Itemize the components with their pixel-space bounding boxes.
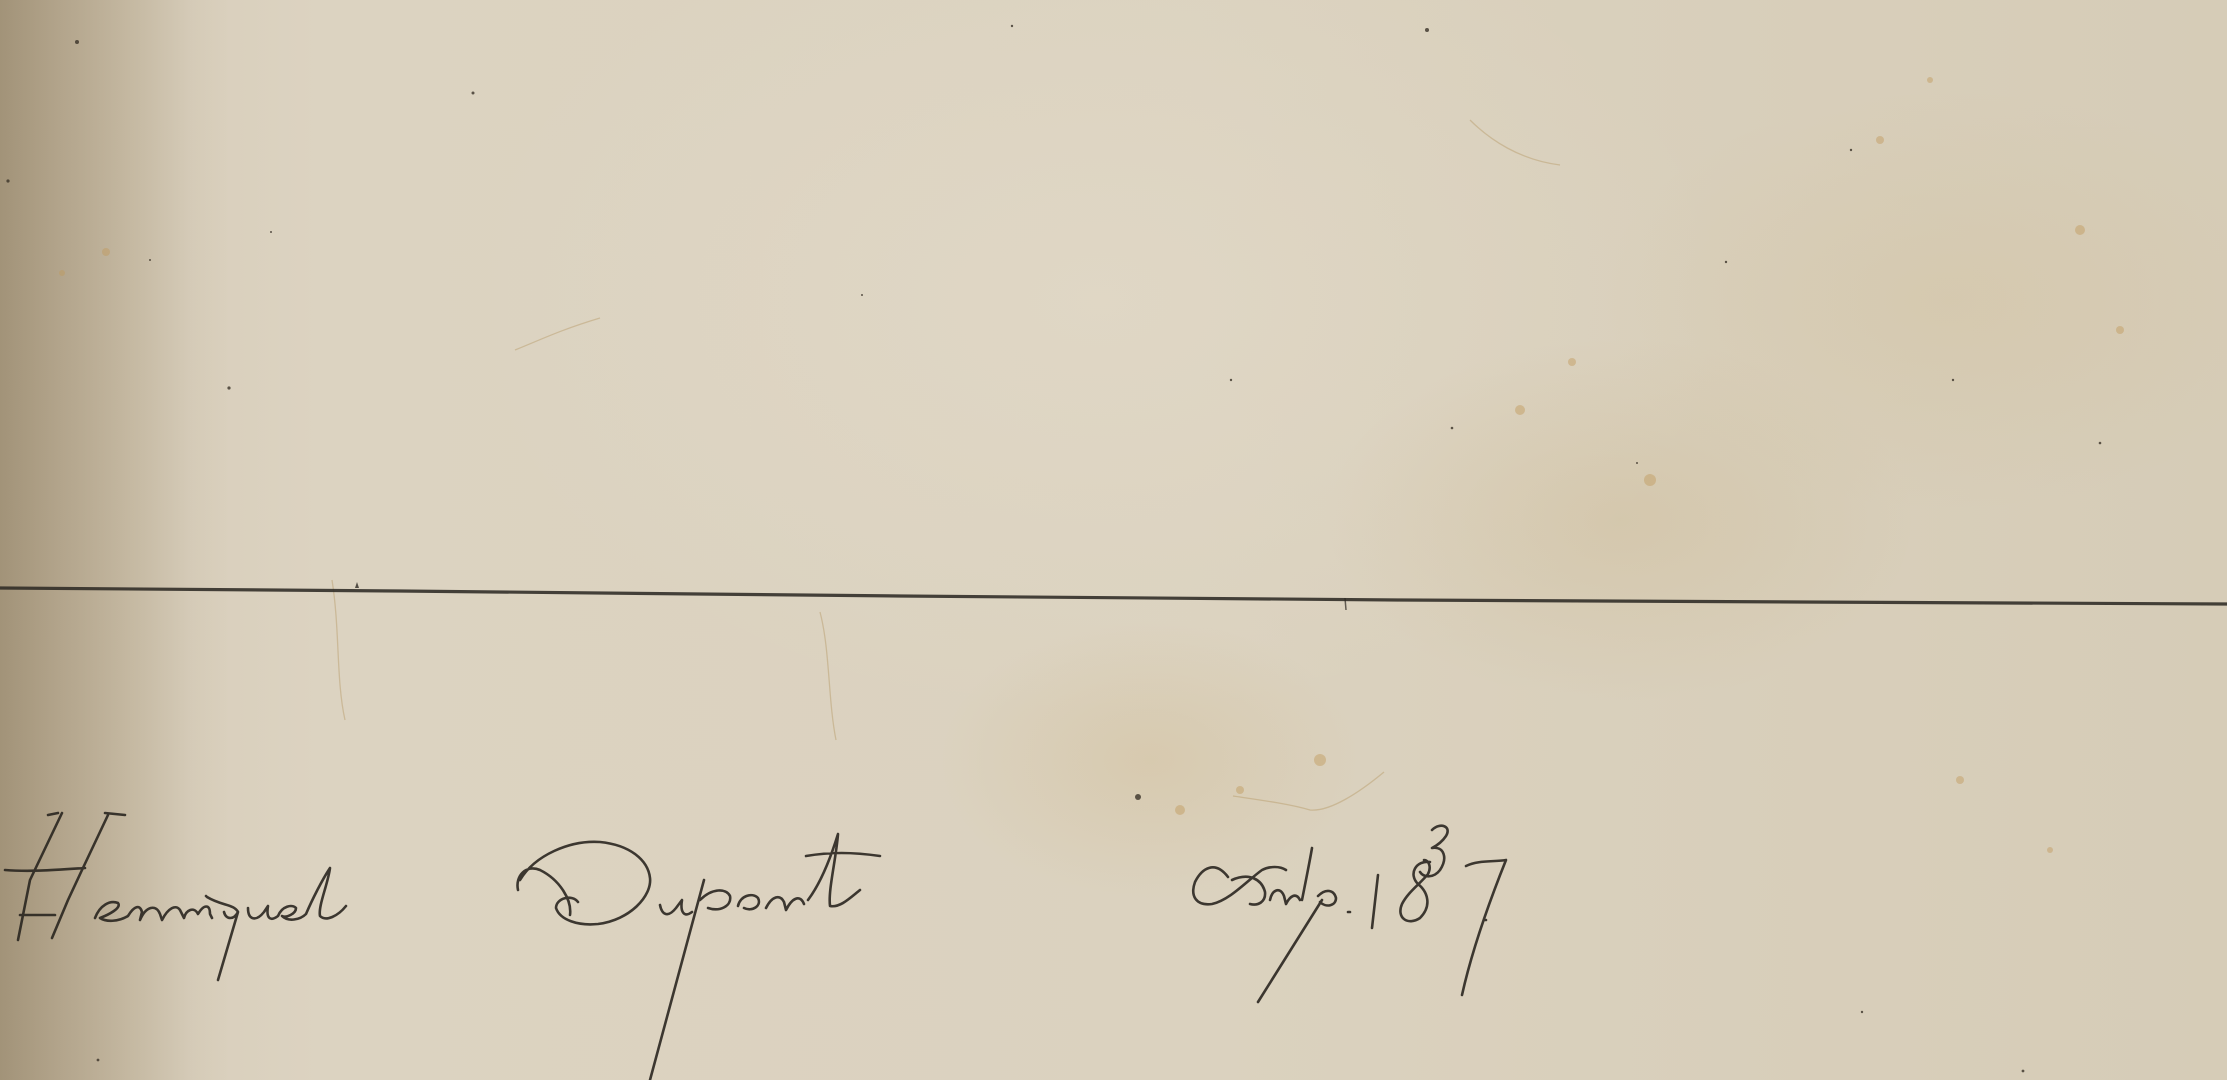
ruled-line bbox=[0, 0, 2227, 1080]
signature-strokes bbox=[0, 0, 2227, 1080]
paper-texture bbox=[0, 0, 2227, 1080]
page-edge-shadow bbox=[0, 0, 230, 1080]
engraver-inscription: Henriquel Dupont Sculp. 1837 bbox=[10, 830, 1406, 914]
paper-sheet: Henriquel Dupont Sculp. 1837 bbox=[0, 0, 2227, 1080]
